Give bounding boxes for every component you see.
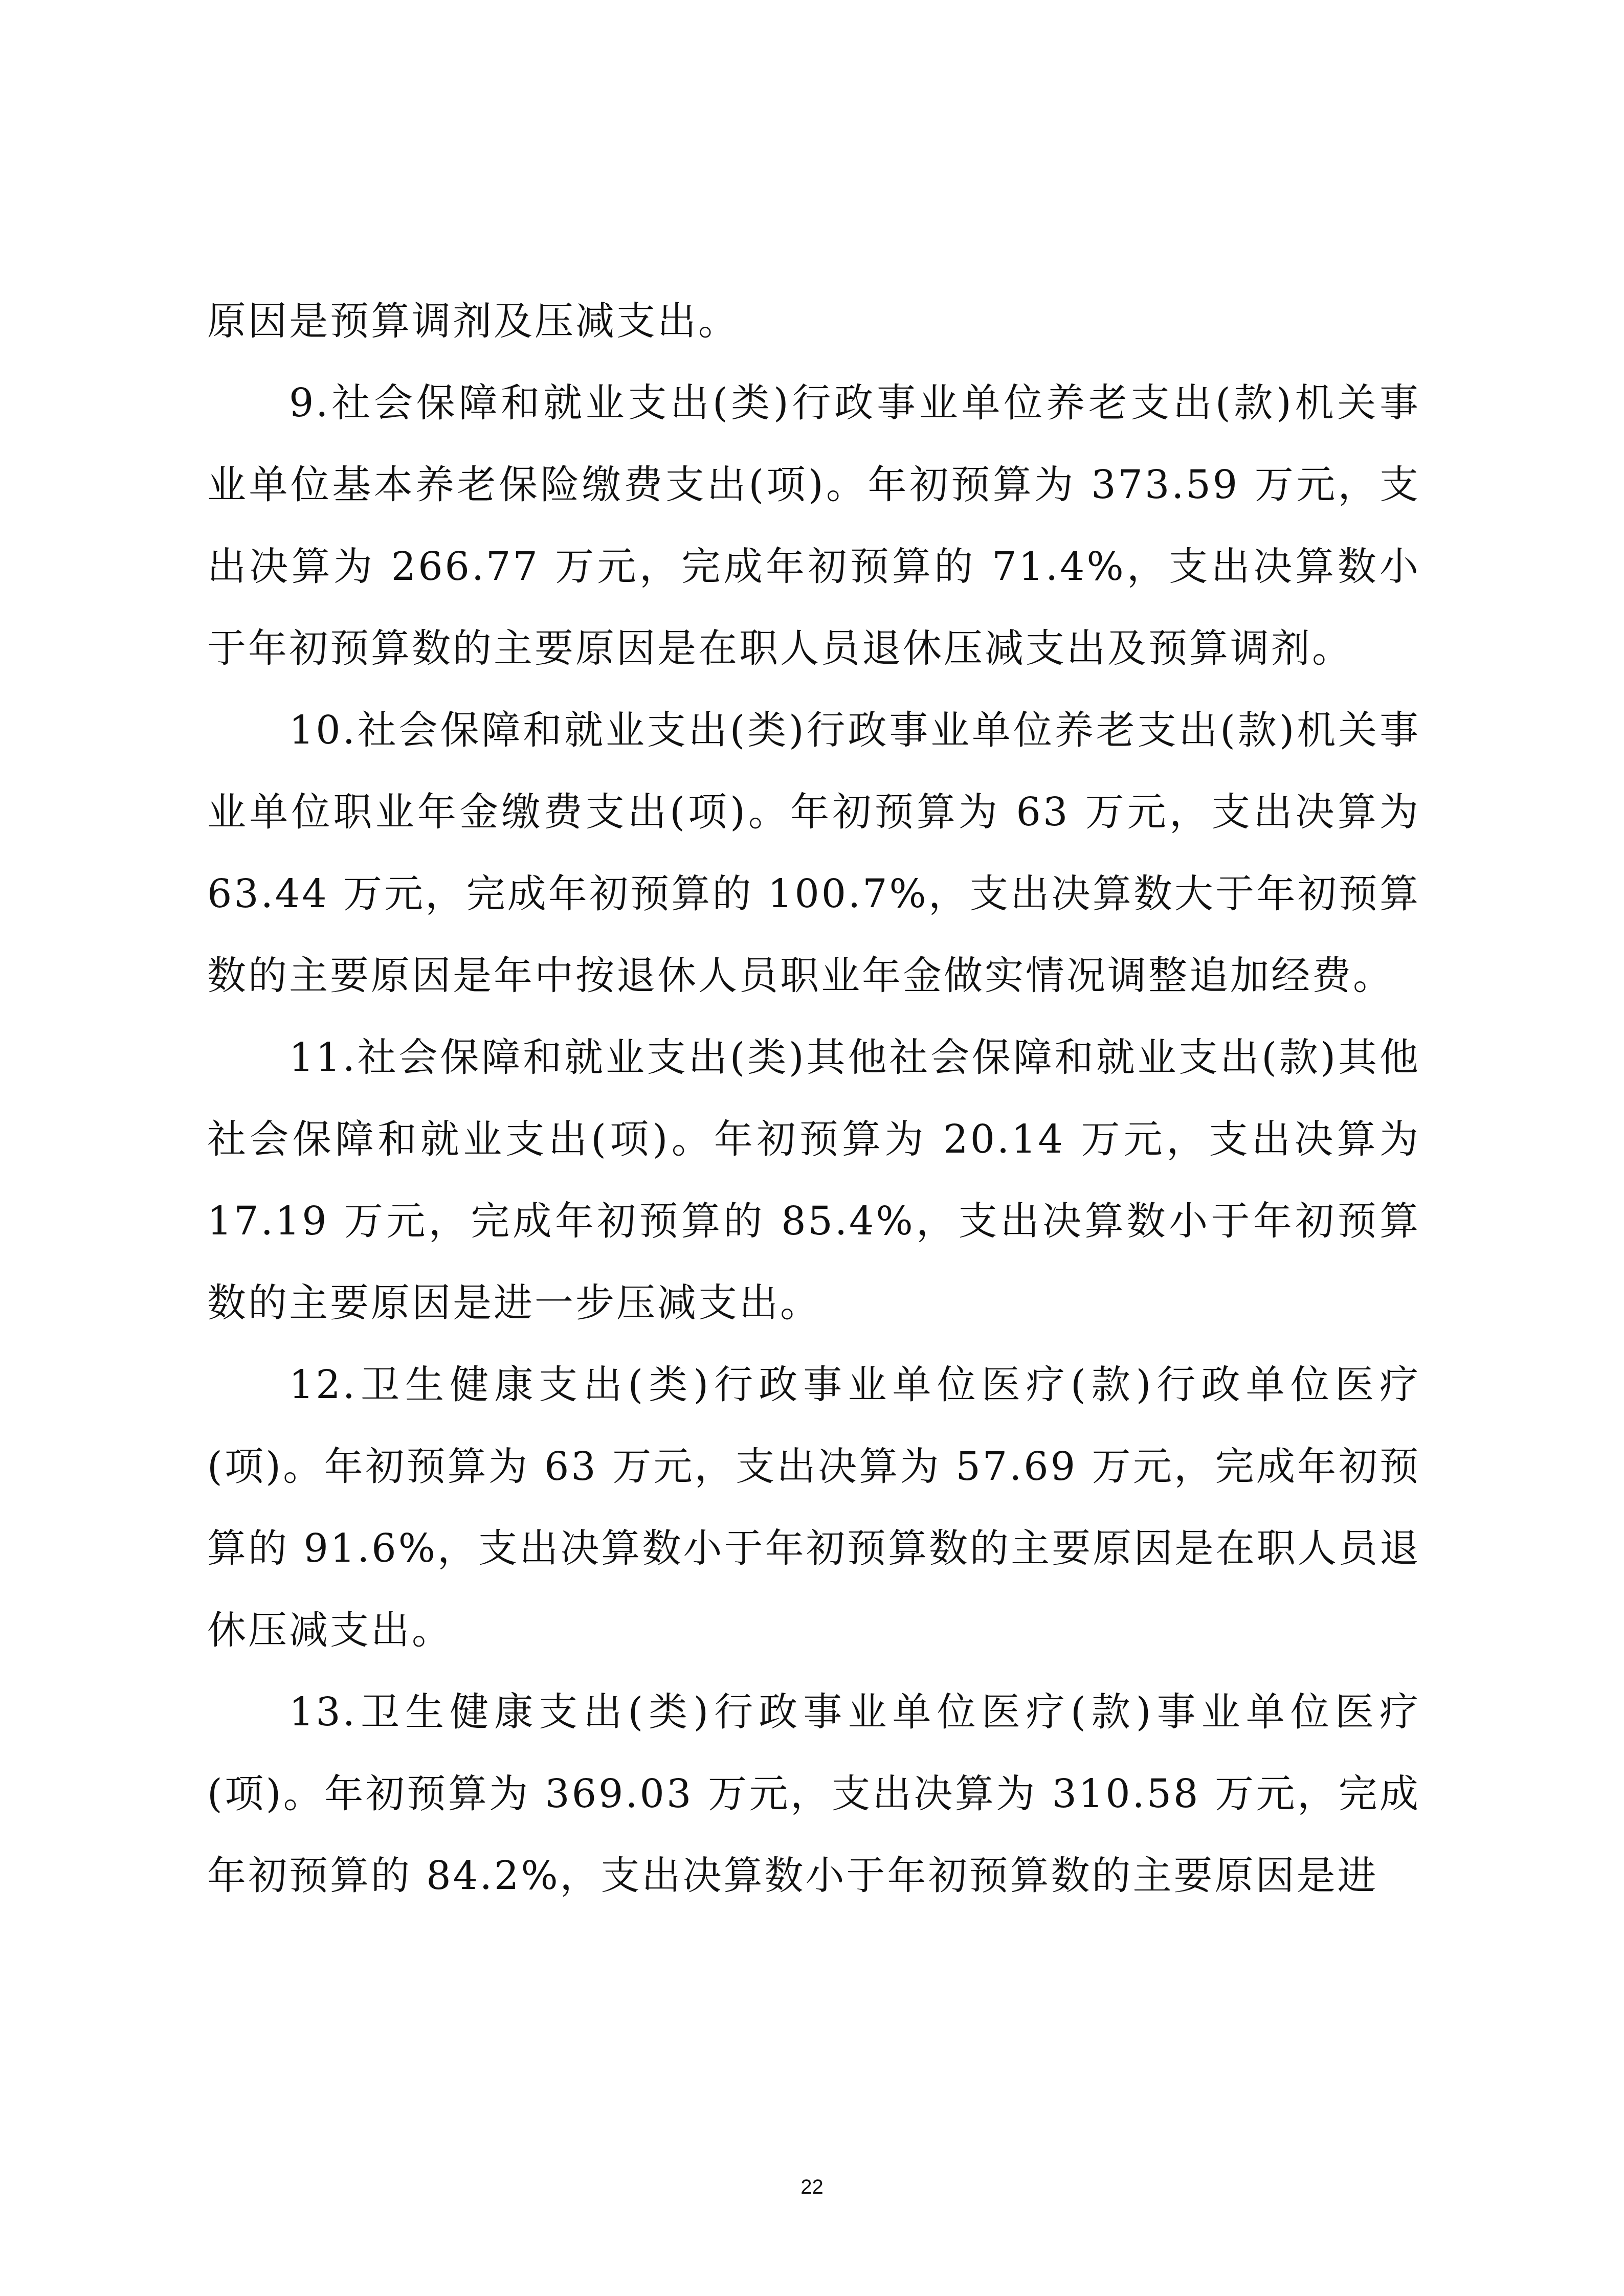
paragraph-item-9: 9.社会保障和就业支出(类)行政事业单位养老支出(款)机关事业单位基本养老保险缴… [207,362,1420,689]
paragraph-item-13: 13.卫生健康支出(类)行政事业单位医疗(款)事业单位医疗(项)。年初预算为 3… [207,1671,1420,1917]
document-body: 原因是预算调剂及压减支出。 9.社会保障和就业支出(类)行政事业单位养老支出(款… [207,280,1420,1917]
paragraph-continuation: 原因是预算调剂及压减支出。 [207,280,1420,362]
paragraph-item-10: 10.社会保障和就业支出(类)行政事业单位养老支出(款)机关事业单位职业年金缴费… [207,689,1420,1017]
paragraph-item-11: 11.社会保障和就业支出(类)其他社会保障和就业支出(款)其他社会保障和就业支出… [207,1017,1420,1344]
paragraph-item-12: 12.卫生健康支出(类)行政事业单位医疗(款)行政单位医疗(项)。年初预算为 6… [207,1344,1420,1671]
page-number: 22 [0,2176,1624,2199]
